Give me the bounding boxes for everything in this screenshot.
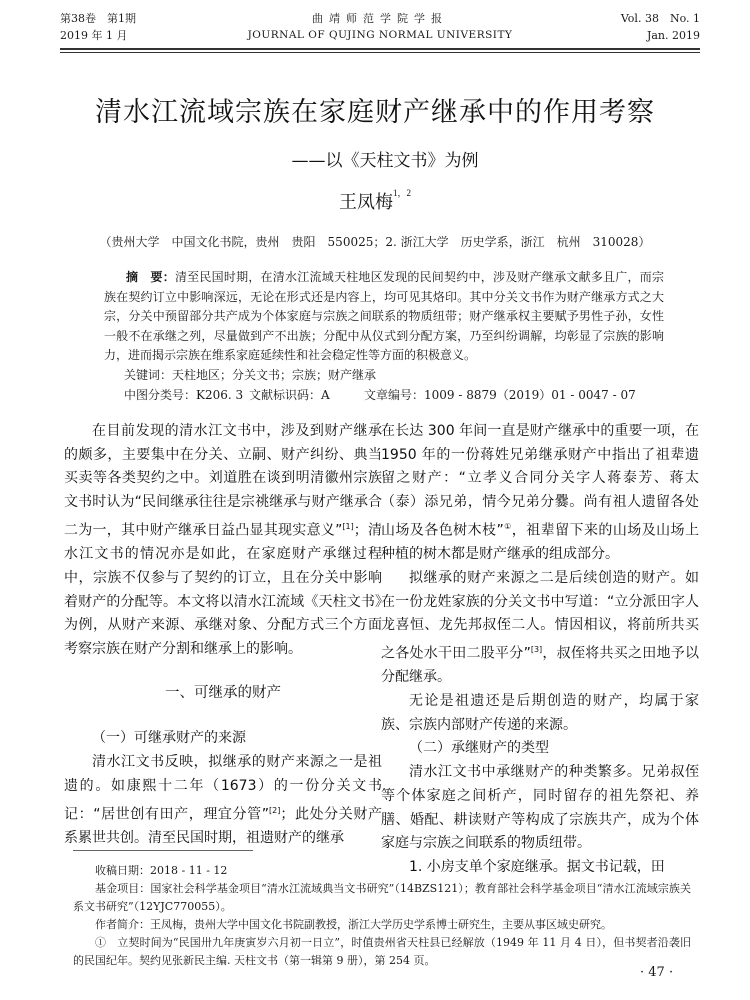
running-header: 第38卷 第1期 曲靖师范学院学报 Vol. 38 No. 1 2019 年 1… bbox=[60, 10, 700, 44]
header-rule-thin bbox=[60, 52, 700, 53]
volume-issue: 第38卷 第1期 bbox=[60, 10, 210, 27]
subsection-heading: （二）承继财产的类型 bbox=[381, 737, 699, 761]
citation-ref[interactable]: [2] bbox=[269, 806, 280, 815]
author-line: 王凤梅1，2 bbox=[0, 188, 750, 214]
footnotes: 收稿日期：2018 - 11 - 12 基金项目：国家社会科学基金项目“清水江流… bbox=[73, 862, 691, 970]
date-cn: 2019 年 1 月 bbox=[60, 27, 210, 44]
footnote-1: ① 立契时间为“民国卅九年庚寅岁六月初一日立”，时值贵州省天柱县已经解放（194… bbox=[73, 934, 691, 970]
paragraph: 拟继承的财产来源之二是后续创造的财产。如在一份龙姓家族的分关文书中写道：“立分派… bbox=[381, 567, 699, 690]
body-column-right: 在长达 300 年间一直是财产继承中的重要一项，在 1950 年的一份蒋姓兄弟继… bbox=[381, 420, 699, 880]
paragraph: 无论是祖遗还是后期创造的财产，均属于家族、宗族内部财产传递的来源。 bbox=[381, 690, 699, 737]
article-number: 文章编号：1009 - 8879（2019）01 - 0047 - 07 bbox=[364, 386, 636, 403]
citation-ref[interactable]: [1] bbox=[342, 522, 353, 531]
clc-number: 中图分类号：K206. 3 bbox=[124, 386, 249, 403]
paragraph: 在目前发现的清水江文书中，涉及到财产继承的颇多，主要集中在分关、立嗣、财产纠纷、… bbox=[64, 420, 382, 662]
affiliation: （贵州大学 中国文化书院，贵州 贵阳 550025；2. 浙江大学 历史学系，浙… bbox=[0, 233, 750, 250]
paragraph: 清水江文书反映，拟继承的财产来源之一是祖遗的。如康熙十二年（1673）的一份分关… bbox=[64, 751, 382, 850]
article-subtitle: ——以《天柱文书》为例 bbox=[0, 146, 750, 171]
paragraph: 在长达 300 年间一直是财产继承中的重要一项，在 1950 年的一份蒋姓兄弟继… bbox=[381, 420, 699, 567]
citation-ref[interactable]: [3] bbox=[531, 645, 542, 654]
journal-title-en: JOURNAL OF QUJING NORMAL UNIVERSITY bbox=[210, 27, 550, 44]
section-heading: 一、可继承的财产 bbox=[64, 682, 382, 706]
received-date: 收稿日期：2018 - 11 - 12 bbox=[73, 862, 691, 880]
page-number: · 47 · bbox=[640, 965, 673, 980]
fund-info: 基金项目：国家社会科学基金项目“清水江流域典当文书研究”（14BZS121）；教… bbox=[73, 880, 691, 916]
subsection-heading: （一）可继承财产的来源 bbox=[64, 727, 382, 751]
journal-title-cn: 曲靖师范学院学报 bbox=[210, 10, 550, 27]
classification-line: 中图分类号：K206. 3 文献标识码：A 文章编号：1009 - 8879（2… bbox=[124, 386, 684, 403]
article-title: 清水江流域宗族在家庭财产继承中的作用考察 bbox=[0, 90, 750, 129]
date-en: Jan. 2019 bbox=[550, 27, 700, 44]
author-name: 王凤梅 bbox=[339, 192, 393, 213]
footnote-ref[interactable]: ① bbox=[504, 522, 512, 531]
abstract-text: 清至民国时期，在清水江流域天柱地区发现的民间契约中，涉及财产继承文献多且广，而宗… bbox=[104, 270, 664, 362]
body-column-left: 在目前发现的清水江文书中，涉及到财产继承的颇多，主要集中在分关、立嗣、财产纠纷、… bbox=[64, 420, 382, 851]
header-rule-thick bbox=[60, 48, 700, 50]
author-affil-sup: 1，2 bbox=[393, 188, 411, 198]
document-code: 文献标识码：A bbox=[249, 386, 364, 403]
author-bio: 作者简介：王凤梅，贵州大学中国文化书院副教授，浙江大学历史学系博士研究生，主要从… bbox=[73, 916, 691, 934]
keywords: 关键词：天柱地区；分关文书；宗族；财产继承 bbox=[124, 366, 376, 383]
paragraph: 清水江文书中承继财产的种类繁多。兄弟叔侄等个体家庭之间析产，同时留存的祖先祭祀、… bbox=[381, 761, 699, 856]
abstract: 摘 要：清至民国时期，在清水江流域天柱地区发现的民间契约中，涉及财产继承文献多且… bbox=[104, 268, 664, 366]
abstract-label: 摘 要： bbox=[104, 270, 175, 284]
volume-en: Vol. 38 No. 1 bbox=[550, 10, 700, 27]
footnote-divider bbox=[73, 850, 253, 851]
